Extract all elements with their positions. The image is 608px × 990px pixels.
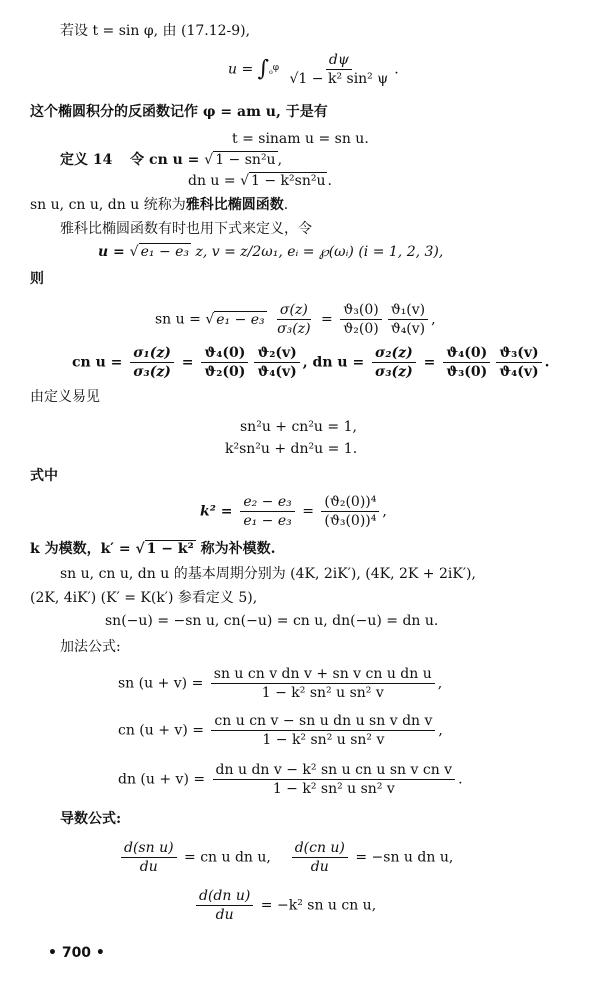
- text-line-easy-see: 由定义易见: [30, 388, 100, 406]
- equation-parity: sn(−u) = −sn u, cn(−u) = cn u, dn(−u) = …: [105, 612, 438, 630]
- term-jacobi-elliptic: 雅科比椭圆函数: [186, 197, 284, 213]
- text-where: 式中: [30, 467, 58, 485]
- text-line-alt-def: 雅科比椭圆函数有时也用下式来定义，令: [60, 220, 312, 238]
- equation-add-cn: cn (u + v) = cn u cn v − sn u dn u sn v …: [118, 713, 443, 748]
- equation-add-sn: sn (u + v) = sn u cn v dn v + sn v cn u …: [118, 666, 442, 701]
- definition-14: 定义 14 令 cn u = √1 − sn²u,: [60, 151, 282, 169]
- text-line-jacobi: sn u, cn u, dn u 统称为雅科比椭圆函数.: [30, 196, 288, 214]
- equation-integral: u = ∫₀φ dψ √1 − k² sin² ψ .: [228, 52, 399, 87]
- equation-dn: dn u = √1 − k²sn²u.: [188, 172, 332, 190]
- identity-sn-cn: sn²u + cn²u = 1,: [240, 418, 357, 436]
- text-then: 则: [30, 270, 44, 288]
- text-line-intro: 若设 t = sin φ, 由 (17.12-9),: [60, 22, 250, 40]
- equation-cn-dn-theta: cn u = σ₁(z)σ₃(z) = ϑ₄(0)ϑ₂(0)ϑ₂(v)ϑ₄(v)…: [72, 345, 549, 380]
- integral-sign: ∫: [258, 57, 269, 82]
- text-line-periods: sn u, cn u, dn u 的基本周期分别为 (4K, 2iK′), (4…: [60, 565, 476, 583]
- section-derivative-formulas: 导数公式:: [60, 810, 121, 828]
- identity-k-dn: k²sn²u + dn²u = 1.: [225, 440, 357, 458]
- equation-deriv-dn: d(dn u)du = −k² sn u cn u,: [193, 888, 376, 923]
- equation-sn-theta: sn u = √e₁ − e₃ σ(z)σ₃(z) = ϑ₃(0)ϑ₂(0)ϑ₁…: [155, 302, 436, 337]
- section-addition-formulas: 加法公式:: [60, 638, 121, 656]
- definition-label: 定义 14: [60, 152, 112, 168]
- equation-modulus: k² = e₂ − e₃e₁ − e₃ = (ϑ₂(0))⁴(ϑ₃(0))⁴,: [200, 494, 387, 529]
- equation-add-dn: dn (u + v) = dn u dn v − k² sn u cn u sn…: [118, 762, 463, 797]
- equation-sinam: t = sinam u = sn u.: [232, 130, 369, 148]
- text-line-modulus: k 为模数，k′ = √1 − k² 称为补模数.: [30, 540, 275, 558]
- equation-substitution: u = √e₁ − e₃ z, v = z/2ω₁, eᵢ = ℘(ωᵢ) (i…: [98, 243, 443, 261]
- text-line-periods-cont: (2K, 4iK′) (K′ = K(k′) 参看定义 5),: [30, 589, 257, 607]
- text-line-inverse: 这个椭圆积分的反函数记作 φ = am u, 于是有: [30, 103, 328, 121]
- page-number: • 700 •: [48, 944, 105, 962]
- equation-deriv-sn-cn: d(sn u)du = cn u dn u, d(cn u)du = −sn u…: [118, 840, 453, 875]
